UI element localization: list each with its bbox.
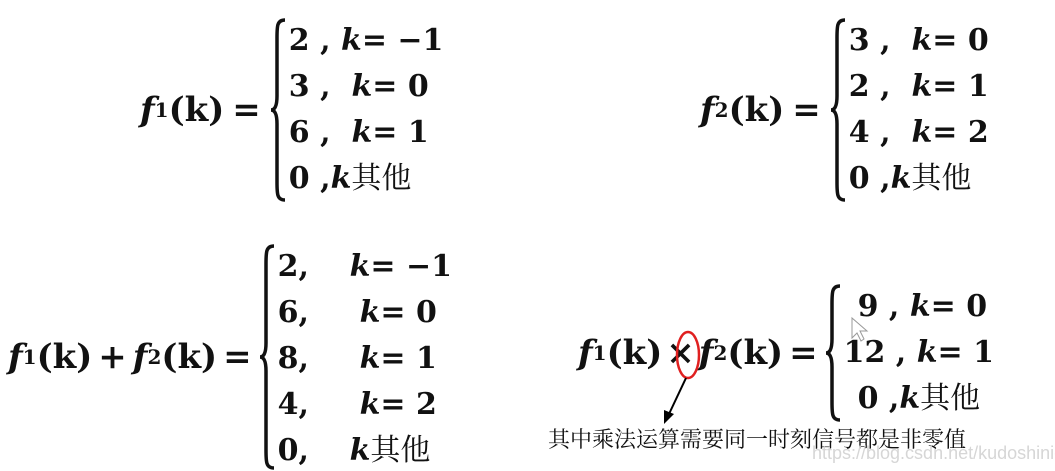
func-argument: (k) [607,333,663,373]
case-condition: = −1 [370,244,452,290]
case-row: 12 , k = 1 [844,330,994,376]
case-value: 0 , [289,156,331,202]
case-value: 2 , [849,64,891,110]
case-variable: k [360,290,381,336]
case-row: 2 , k = 1 [849,64,989,110]
func-subscript: 1 [593,341,607,365]
case-condition: = 0 [372,64,428,110]
case-variable: k [350,244,371,290]
case-row: 6,k = 0 [278,290,452,336]
case-value: 3 , [849,18,891,64]
case-variable: k [360,382,381,428]
case-variable: k [917,330,938,376]
func-argument: (k) [727,333,783,373]
equals-sign: = [792,90,821,130]
func-symbol: f [8,337,23,377]
case-variable: k [891,156,912,202]
case-condition: 其他 [911,156,971,202]
cases-list: 9 , k = 0 12 , k = 1 0 ,k其他 [844,284,994,422]
case-condition: = 2 [380,382,436,428]
case-value: 9 , [844,284,900,330]
case-condition: = 1 [937,330,993,376]
equals-sign: = [789,333,818,373]
func-subscript: 2 [147,345,161,369]
case-condition: = 1 [372,110,428,156]
equation-f1: f1(k)= 2 , k = −1 3 , k = 0 6 , k = 1 0 … [140,18,443,202]
case-variable: k [350,428,371,471]
case-row: 9 , k = 0 [844,284,994,330]
equation-product: f1(k)×f2(k)= 9 , k = 0 12 , k = 1 0 ,k其他 [578,284,994,422]
func-argument: (k) [161,337,217,377]
case-variable: k [911,110,932,156]
func-symbol: f [140,90,155,130]
cases-list: 2 , k = −1 3 , k = 0 6 , k = 1 0 ,k其他 [289,18,444,202]
case-value: 0 , [844,376,900,422]
equation-lhs: f1(k)×f2(k)= [578,333,824,373]
func-symbol: f [133,337,148,377]
func-symbol: f [699,333,714,373]
case-row: 0 ,k其他 [849,156,989,202]
equals-sign: = [232,90,261,130]
plus-operator: + [98,337,127,377]
left-brace-icon [258,244,278,470]
case-value: 2, [278,244,350,290]
case-row: 4,k = 2 [278,382,452,428]
equation-lhs: f2(k)= [700,90,829,130]
case-condition: = 0 [931,284,987,330]
equals-sign: = [223,337,252,377]
case-condition: 其他 [351,156,411,202]
case-row: 0 ,k其他 [844,376,994,422]
case-row: 6 , k = 1 [289,110,444,156]
case-variable: k [351,110,372,156]
func-subscript: 2 [715,98,729,122]
case-variable: k [910,284,931,330]
case-value: 3 , [289,64,331,110]
func-subscript: 1 [23,345,37,369]
case-value: 0, [278,428,350,471]
case-row: 2 , k = −1 [289,18,444,64]
case-variable: k [360,336,381,382]
func-subscript: 2 [713,341,727,365]
case-variable: k [341,18,362,64]
case-value: 12 , [844,330,907,376]
func-subscript: 1 [155,98,169,122]
left-brace-icon [269,18,289,202]
case-variable: k [911,64,932,110]
watermark: https://blog.csdn.net/kudoshinichi [812,443,1055,464]
case-row: 0 ,k其他 [289,156,444,202]
case-value: 6 , [289,110,331,156]
func-argument: (k) [169,90,225,130]
case-value: 2 , [289,18,331,64]
equation-lhs: f1(k)= [140,90,269,130]
left-brace-icon [829,18,849,202]
case-condition: = 1 [932,64,988,110]
case-condition: = 0 [380,290,436,336]
cases-list: 3 , k = 0 2 , k = 1 4 , k = 2 0 ,k其他 [849,18,989,202]
case-row: 3 , k = 0 [289,64,444,110]
case-value: 6, [278,290,360,336]
case-condition: 其他 [920,376,980,422]
case-condition: = −1 [362,18,444,64]
case-row: 0,k其他 [278,428,452,471]
case-value: 4, [278,382,360,428]
case-condition: = 1 [380,336,436,382]
func-symbol: f [700,90,715,130]
left-brace-icon [824,284,844,422]
func-argument: (k) [729,90,785,130]
case-row: 8,k = 1 [278,336,452,382]
case-variable: k [899,376,920,422]
case-variable: k [331,156,352,202]
multiply-operator: × [666,333,695,373]
case-variable: k [351,64,372,110]
case-condition: = 0 [932,18,988,64]
case-variable: k [911,18,932,64]
case-condition: = 2 [932,110,988,156]
equation-f2: f2(k)= 3 , k = 0 2 , k = 1 4 , k = 2 0 ,… [700,18,989,202]
case-condition: 其他 [370,428,430,471]
case-value: 0 , [849,156,891,202]
equation-sum: f1(k)+f2(k)= 2,k = −1 6,k = 0 8,k = 1 4,… [8,244,452,470]
case-value: 4 , [849,110,891,156]
func-argument: (k) [37,337,93,377]
case-row: 4 , k = 2 [849,110,989,156]
case-value: 8, [278,336,360,382]
case-row: 3 , k = 0 [849,18,989,64]
func-symbol: f [578,333,593,373]
cases-list: 2,k = −1 6,k = 0 8,k = 1 4,k = 2 0,k其他 [278,244,452,470]
case-row: 2,k = −1 [278,244,452,290]
equation-lhs: f1(k)+f2(k)= [8,337,258,377]
